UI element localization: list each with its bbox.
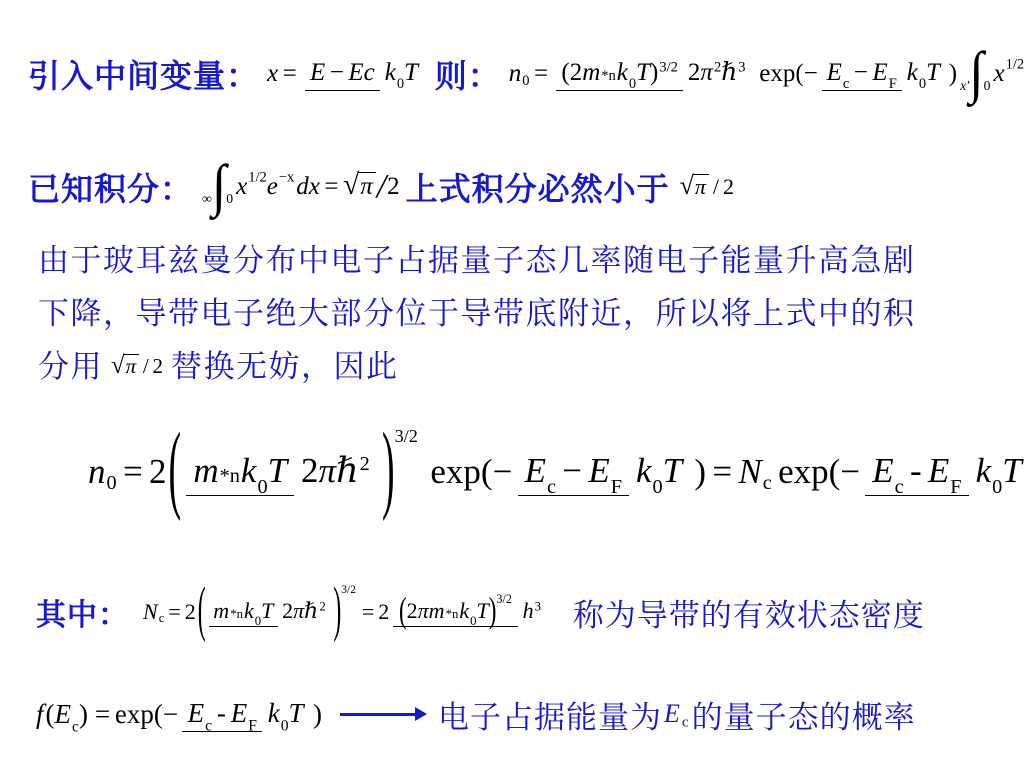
nc-definition-formula: Nc=2(m*nk0T2πℏ2)3/2=2(2πm*nk0T)3/2h3	[143, 597, 549, 628]
probability-note-pre: 电子占据能量为	[438, 692, 662, 737]
x-definition-formula: x=E−Eck0T	[267, 57, 427, 91]
less-than-label: 上式积分必然小于	[406, 164, 670, 210]
known-integral-formula: ∞∫0x1/2e−xdx=√π/2	[199, 165, 400, 208]
right-arrow-icon	[340, 713, 416, 716]
sqrt-pi-half-inline-2: √π/2	[111, 354, 163, 379]
n0-integral-formula: n0=(2m*nk0T)3/22π2ℏ3exp(−Ec−EFk0T)x′∫0x1…	[509, 52, 1024, 95]
probability-note-post: 的量子态的概率	[692, 692, 916, 737]
intro-line: 引入中间变量： x=E−Eck0T 则： n0=(2m*nk0T)3/22π2ℏ…	[28, 18, 1024, 130]
sqrt-pi-half-inline: √π/2	[680, 173, 734, 200]
main-result-line: n0=2(m*nk0T2πℏ2)3/2exp(−Ec−EFk0T)=Ncexp(…	[88, 396, 1024, 548]
lecture-slide: 引入中间变量： x=E−Eck0T 则： n0=(2m*nk0T)3/22π2ℏ…	[0, 0, 1024, 768]
ec-inline-formula: Ec	[664, 698, 690, 729]
probability-note: 电子占据能量为 Ec 的量子态的概率	[438, 692, 916, 737]
known-integral-label: 已知积分：	[28, 164, 193, 210]
paragraph-line-3-pre: 分用	[38, 340, 103, 393]
called-label: 称为导带的有效状态密度	[573, 590, 925, 635]
known-integral-line: 已知积分： ∞∫0x1/2e−xdx=√π/2 上式积分必然小于 √π/2	[28, 138, 734, 236]
then-label: 则：	[435, 51, 501, 97]
among-label: 其中：	[36, 590, 129, 634]
fermi-function-formula: f(Ec)=exp(−Ec-EFk0T)	[36, 696, 322, 733]
paragraph-line-2: 下降，导带电子绝大部分位于导带底附近，所以将上式中的积	[38, 287, 916, 340]
intro-label: 引入中间变量：	[28, 51, 259, 97]
paragraph-line-1: 由于玻耳兹曼分布中电子占据量子态几率随电子能量升高急剧	[38, 234, 916, 287]
explanation-paragraph: 由于玻耳兹曼分布中电子占据量子态几率随电子能量升高急剧 下降，导带电子绝大部分位…	[38, 234, 1008, 393]
paragraph-line-3-post: 替换无妨，因此	[171, 340, 399, 393]
effective-density-line: 其中： Nc=2(m*nk0T2πℏ2)3/2=2(2πm*nk0T)3/2h3…	[36, 562, 925, 662]
probability-line: f(Ec)=exp(−Ec-EFk0T) 电子占据能量为 Ec 的量子态的概率	[36, 664, 916, 764]
n0-result-formula: n0=2(m*nk0T2πℏ2)3/2exp(−Ec−EFk0T)=Ncexp(…	[88, 448, 1024, 496]
paragraph-line-3: 分用 √π/2 替换无妨，因此	[38, 340, 399, 393]
